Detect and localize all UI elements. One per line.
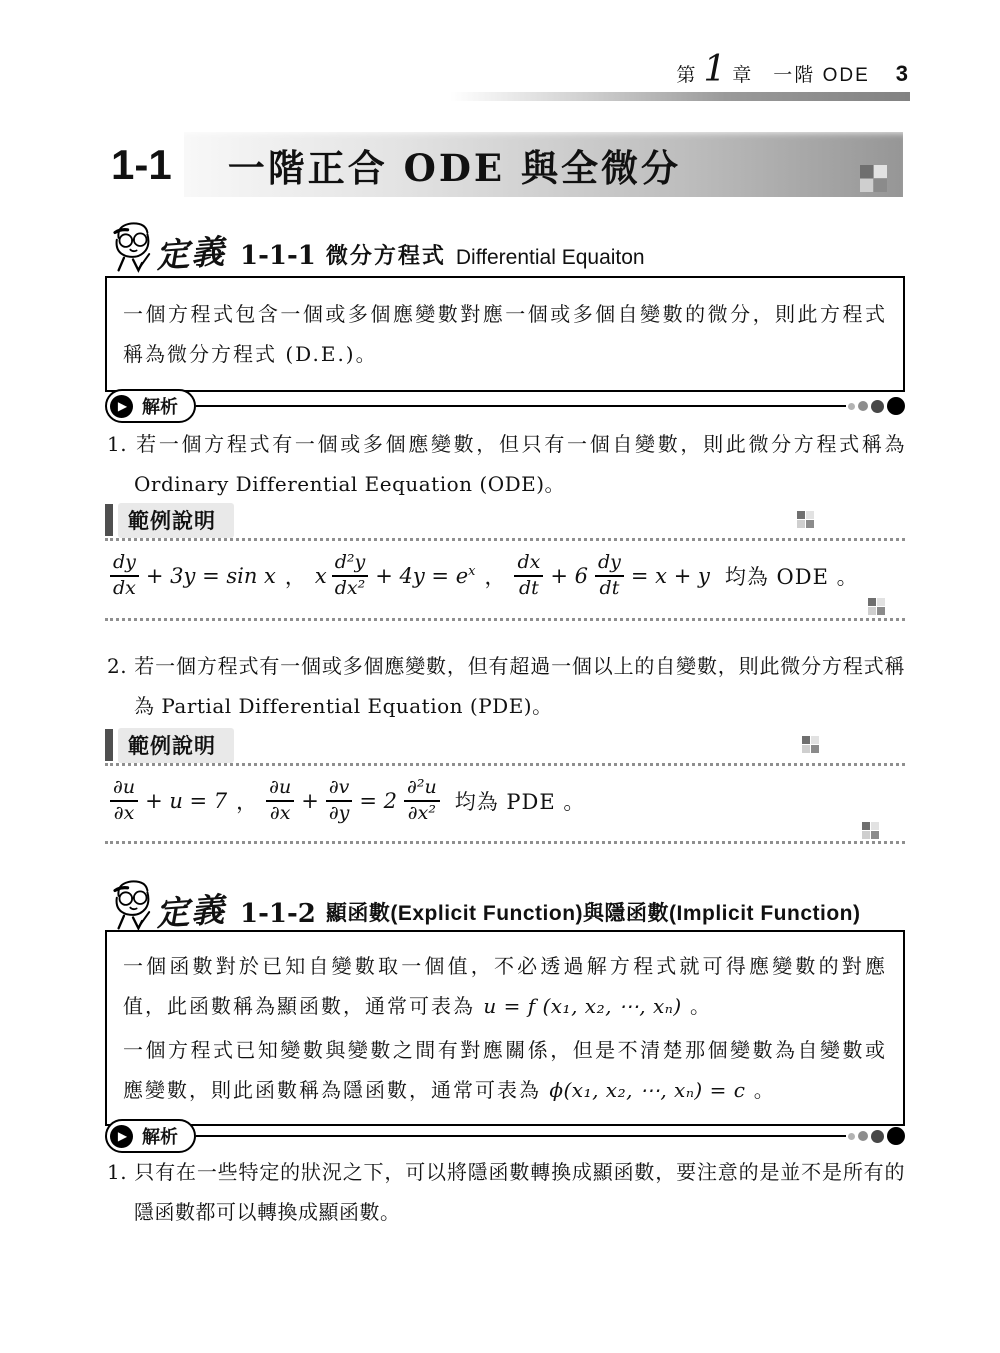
- analysis-badge: ▶ 解析: [105, 389, 196, 423]
- definition-2-paragraph-2: 一個方程式已知變數與變數之間有對應關係，但是不清楚那個變數為自變數或應變數，則此…: [123, 1030, 887, 1110]
- definition-1-heading: 定義 1-1-1 微分方程式 Differential Equaiton: [106, 216, 645, 274]
- pixel-decor-icon: [802, 736, 819, 753]
- dotted-rule: [105, 538, 905, 541]
- pixel-decor-icon: [862, 822, 879, 839]
- pde-example-formula: ∂u∂x + u = 7 ， ∂u∂x + ∂v∂y = 2 ∂²u∂x² 均為…: [110, 770, 585, 832]
- header-gradient-rule: [450, 92, 910, 101]
- definition-title-en: Differential Equaiton: [456, 246, 645, 270]
- example-header-2: 範例說明: [105, 729, 234, 761]
- example-header-1: 範例說明: [105, 504, 234, 536]
- definition-title-zh: 微分方程式: [326, 239, 446, 270]
- formula-text: + 6: [550, 564, 588, 588]
- fraction: dydt: [595, 551, 624, 601]
- page-number: 3: [896, 61, 908, 87]
- definition-2-heading: 定義 1-1-2 顯函數(Explicit Function)與隱函數(Impl…: [106, 874, 861, 932]
- definition-1-box: 一個方程式包含一個或多個應變數對應一個或多個自變數的微分，則此方程式稱為微分方程…: [105, 276, 905, 392]
- definition-badge: 定義: [155, 893, 227, 931]
- fraction: ∂u∂x: [110, 776, 138, 826]
- dotted-rule: [105, 841, 905, 844]
- dot-decor: [858, 1131, 868, 1141]
- formula-text: = 2: [359, 789, 397, 813]
- analysis-rule-2: ▶ 解析: [105, 1119, 905, 1153]
- chapter-number: 1: [703, 52, 726, 88]
- running-head: 第 1 章 一階 ODE 3: [676, 52, 908, 88]
- dot-decor: [848, 1133, 855, 1140]
- dot-decor: [871, 400, 884, 413]
- fraction: ∂u∂x: [266, 776, 294, 826]
- formula-text: + 4y = ex: [375, 564, 475, 588]
- dot-decor: [858, 401, 868, 411]
- formula-tail: 均為 ODE 。: [725, 561, 859, 591]
- chapter-title: 一階 ODE: [773, 60, 869, 87]
- ode-example-formula: dydx + 3y = sin x ， x d²ydx² + 4y = ex ，…: [110, 545, 859, 607]
- dot-decor: [848, 403, 855, 410]
- definition-badge: 定義: [155, 235, 227, 273]
- explicit-function-math: u = f (x₁, x₂, ⋯, xₙ): [483, 994, 681, 1018]
- analysis-badge: ▶ 解析: [105, 1119, 196, 1153]
- dot-decor: [887, 397, 905, 415]
- professor-mascot-icon: [106, 876, 160, 932]
- item-text: 若一個方程式有一個或多個應變數，但有超過一個以上的自變數，則此微分方程式稱為 P…: [134, 654, 905, 718]
- example-label: 範例說明: [118, 728, 234, 763]
- dot-decor: [887, 1127, 905, 1145]
- formula-text: + 3y = sin x: [146, 564, 276, 588]
- fraction: ∂²u∂x²: [404, 776, 440, 826]
- formula-text: +: [301, 789, 319, 813]
- list-item-ode: 1. 若一個方程式有一個或多個應變數，但只有一個自變數，則此微分方程式稱為 Or…: [107, 424, 905, 504]
- section-title-bar: 1-1 一階正合 ODE 與全微分: [105, 132, 903, 197]
- analysis-label: 解析: [142, 1123, 178, 1149]
- formula-text: = x + y: [631, 564, 710, 588]
- rule-line: [196, 1135, 846, 1137]
- example-bar-decor: [105, 729, 113, 761]
- list-item-pde: 2. 若一個方程式有一個或多個應變數，但有超過一個以上的自變數，則此微分方程式稱…: [107, 646, 905, 726]
- example-bar-decor: [105, 504, 113, 536]
- definition-2-box: 一個函數對於已知自變數取一個值，不必透過解方程式就可得應變數的對應值，此函數稱為…: [105, 930, 905, 1126]
- dotted-rule: [105, 763, 905, 766]
- item-text: 若一個方程式有一個或多個應變數，但只有一個自變數，則此微分方程式稱為 Ordin…: [134, 432, 905, 496]
- item-number: 2.: [107, 654, 127, 678]
- chapter-prefix: 第: [676, 60, 697, 87]
- pixel-decor-icon: [860, 165, 887, 192]
- analysis-label: 解析: [142, 393, 178, 419]
- fraction: dxdt: [514, 551, 543, 601]
- item-text: 只有在一些特定的狀況之下，可以將隱函數轉換成顯函數，要注意的是並不是所有的隱函數…: [134, 1160, 905, 1224]
- item-number: 1.: [107, 1160, 127, 1184]
- dotted-rule: [105, 618, 905, 621]
- definition-2-paragraph-1: 一個函數對於已知自變數取一個值，不必透過解方程式就可得應變數的對應值，此函數稱為…: [123, 946, 887, 1026]
- list-item-implicit: 1. 只有在一些特定的狀況之下，可以將隱函數轉換成顯函數，要注意的是並不是所有的…: [107, 1152, 905, 1232]
- section-title-panel: 一階正合 ODE 與全微分: [184, 132, 903, 197]
- formula-text: + u = 7: [145, 789, 227, 813]
- formula-coefficient: x: [315, 564, 327, 588]
- textbook-page: 第 1 章 一階 ODE 3 1-1 一階正合 ODE 與全微分: [0, 0, 1000, 1353]
- professor-mascot-icon: [106, 218, 160, 274]
- rule-line: [196, 405, 846, 407]
- section-number: 1-1: [105, 132, 184, 197]
- implicit-function-math: ϕ(x₁, x₂, ⋯, xₙ) = c: [549, 1078, 745, 1102]
- definition-number: 1-1-2: [240, 899, 316, 929]
- fraction: dydx: [110, 551, 139, 601]
- example-label: 範例說明: [118, 503, 234, 538]
- definition-number: 1-1-1: [240, 241, 316, 271]
- formula-separator: ，: [285, 561, 306, 591]
- play-icon: ▶: [110, 1125, 133, 1148]
- definition-title: 顯函數(Explicit Function)與隱函數(Implicit Func…: [326, 897, 861, 927]
- pixel-decor-icon: [797, 511, 814, 528]
- pixel-decor-icon: [868, 598, 885, 615]
- fraction: d²ydx²: [332, 551, 369, 601]
- analysis-rule-1: ▶ 解析: [105, 389, 905, 423]
- formula-separator: ，: [236, 786, 257, 816]
- chapter-unit: 章: [732, 60, 753, 87]
- dot-decor: [871, 1130, 884, 1143]
- fraction: ∂v∂y: [326, 776, 353, 826]
- formula-separator: ，: [484, 561, 505, 591]
- section-title: 一階正合 ODE 與全微分: [184, 138, 681, 192]
- item-number: 1.: [107, 432, 127, 456]
- formula-tail: 均為 PDE 。: [455, 786, 586, 816]
- play-icon: ▶: [110, 395, 133, 418]
- definition-1-body: 一個方程式包含一個或多個應變數對應一個或多個自變數的微分，則此方程式稱為微分方程…: [123, 294, 887, 374]
